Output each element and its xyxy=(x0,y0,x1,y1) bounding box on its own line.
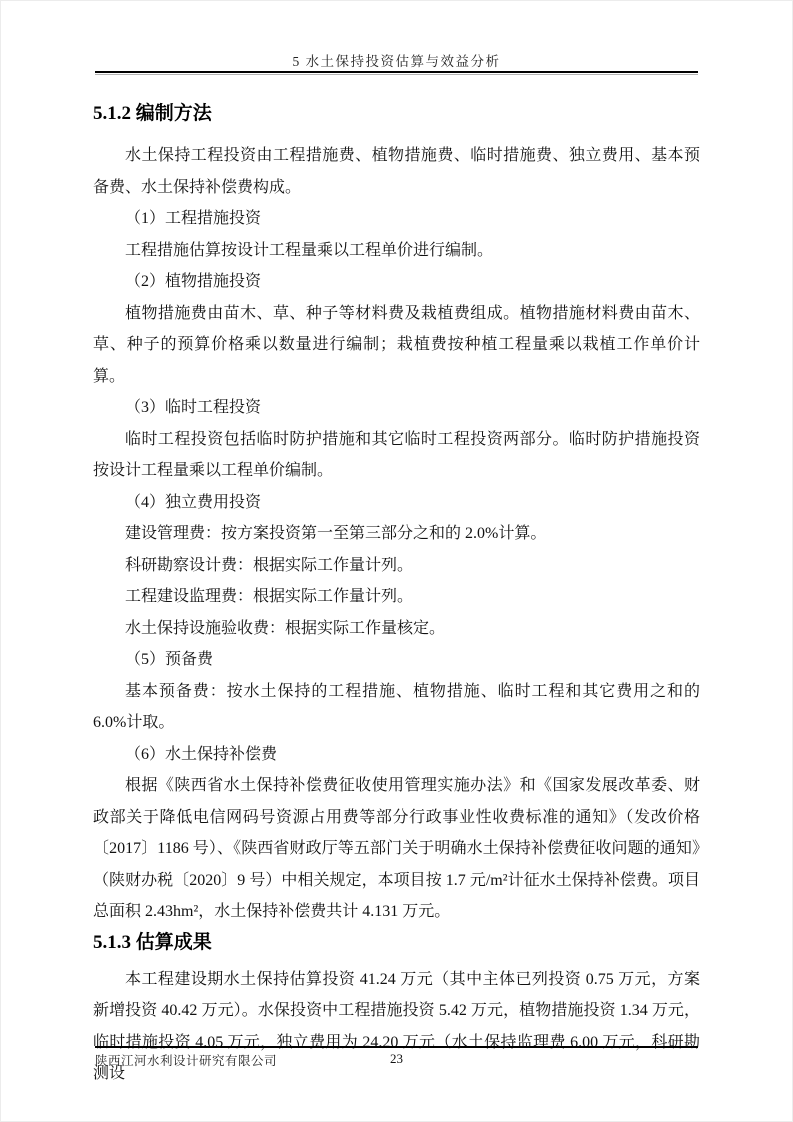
footer-page-number: 23 xyxy=(390,1051,403,1067)
paragraph: 工程措施估算按设计工程量乘以工程单价进行编制。 xyxy=(93,235,700,267)
paragraph: 科研勘察设计费：根据实际工作量计列。 xyxy=(93,550,700,582)
page-header-title: 5 水土保持投资估算与效益分析 xyxy=(0,50,793,70)
paragraph: 水土保持设施验收费：根据实际工作量核定。 xyxy=(93,613,700,645)
header-rule xyxy=(95,71,698,75)
list-item-3: （3）临时工程投资 xyxy=(93,392,700,424)
list-item-5: （5）预备费 xyxy=(93,644,700,676)
section-heading-5-1-3: 5.1.3 估算成果 xyxy=(93,930,700,956)
document-content: 5.1.2 编制方法 水土保持工程投资由工程措施费、植物措施费、临时措施费、独立… xyxy=(93,101,700,1090)
paragraph: 水土保持工程投资由工程措施费、植物措施费、临时措施费、独立费用、基本预备费、水土… xyxy=(93,140,700,203)
paragraph: 本工程建设期水土保持估算投资 41.24 万元（其中主体已列投资 0.75 万元… xyxy=(93,964,700,1090)
section-heading-5-1-2: 5.1.2 编制方法 xyxy=(93,101,700,127)
list-item-6: （6）水土保持补偿费 xyxy=(93,739,700,771)
paragraph: 工程建设监理费：根据实际工作量计列。 xyxy=(93,581,700,613)
document-page: 5 水土保持投资估算与效益分析 5.1.2 编制方法 水土保持工程投资由工程措施… xyxy=(0,0,793,1122)
footer-rule xyxy=(95,1046,698,1048)
list-item-4: （4）独立费用投资 xyxy=(93,487,700,519)
paragraph: 植物措施费由苗木、草、种子等材料费及栽植费组成。植物措施材料费由苗木、草、种子的… xyxy=(93,298,700,393)
paragraph: 临时工程投资包括临时防护措施和其它临时工程投资两部分。临时防护措施投资按设计工程… xyxy=(93,424,700,487)
paragraph: 基本预备费：按水土保持的工程措施、植物措施、临时工程和其它费用之和的 6.0%计… xyxy=(93,676,700,739)
paragraph: 根据《陕西省水土保持补偿费征收使用管理实施办法》和《国家发展改革委、财政部关于降… xyxy=(93,770,700,928)
paragraph: 建设管理费：按方案投资第一至第三部分之和的 2.0%计算。 xyxy=(93,518,700,550)
list-item-2: （2）植物措施投资 xyxy=(93,266,700,298)
footer-company: 陕西江河水利设计研究有限公司 xyxy=(95,1051,277,1069)
list-item-1: （1）工程措施投资 xyxy=(93,203,700,235)
